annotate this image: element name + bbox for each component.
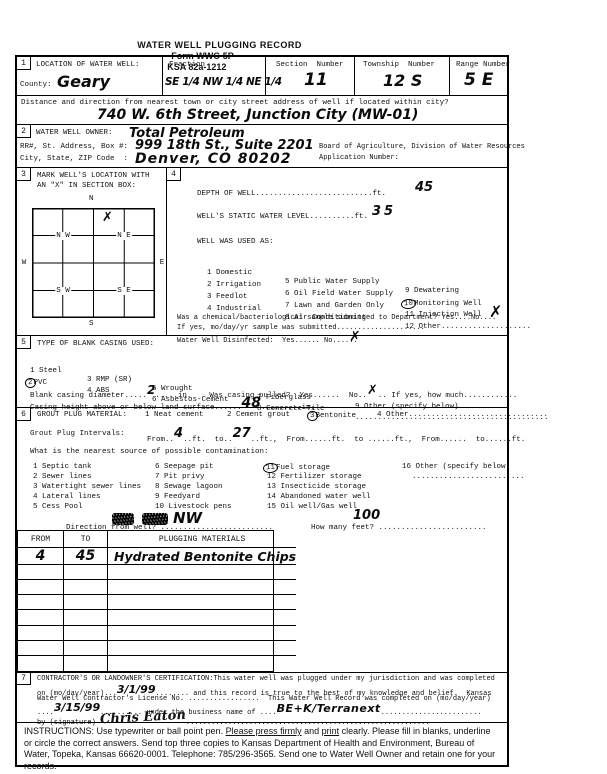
contam-feedyard: 9 Feedyard <box>155 493 200 501</box>
section4-well-info: 4 DEPTH OF WELL.........................… <box>167 168 511 335</box>
agency-line1: Board of Agriculture, Division of Water … <box>319 143 525 151</box>
table-header-materials: PLUGGING MATERIALS <box>108 531 296 548</box>
distance-label: Distance and direction from nearest town… <box>21 99 449 107</box>
table-row-from <box>18 595 64 610</box>
instructions-underline-2: print <box>322 726 340 736</box>
distance-value: 740 W. 6th Street, Junction City (MW-01) <box>97 107 418 123</box>
section-number-cell: Section Number 11 <box>265 57 354 95</box>
table-row-materials <box>108 641 296 656</box>
certification-line3: Water Well Contractor's License No. ....… <box>37 695 491 703</box>
page-title: WATER WELL PLUGGING RECORD <box>137 40 302 50</box>
section1-location-row: 1 LOCATION OF WATER WELL: County: Geary … <box>17 57 507 95</box>
grid-west-label: W <box>21 259 28 267</box>
range-number-value: 5 E <box>464 70 493 90</box>
owner-city-label: City, State, ZIP Code : <box>20 155 128 163</box>
section5-number: 5 <box>17 336 31 349</box>
section5-casing: 5 TYPE OF BLANK CASING USED: 1 Steel 3 R… <box>17 335 507 407</box>
section5-heading: TYPE OF BLANK CASING USED: <box>37 340 154 348</box>
section-number-value: 11 <box>304 70 328 90</box>
grid-nw-label: N W <box>55 232 71 240</box>
contam-lateral-lines: 4 Lateral lines <box>33 493 101 501</box>
fraction-cell: Fraction SE 1/4 NW 1/4 NE 1/4 <box>162 57 265 95</box>
grout-neat-cement: 1 Neat cement <box>145 411 204 419</box>
section-grid-lines <box>32 208 155 318</box>
owner-address-label: RR#, St. Address, Box #: <box>20 143 128 151</box>
grid-se-label: S E <box>116 287 132 295</box>
table-row-from <box>18 641 64 656</box>
table-row-materials <box>108 626 296 641</box>
section2-number: 2 <box>17 125 31 138</box>
section6-grout: 6 GROUT PLUG MATERIAL: 1 Neat cement 2 C… <box>17 407 507 530</box>
sample-date-label: If yes, mo/day/yr sample was submitted..… <box>177 324 425 332</box>
contam-other-dots: ......................... <box>412 473 525 481</box>
county-label: County: <box>20 81 52 89</box>
agency-line2-application-number: Application Number: <box>319 154 399 162</box>
grout-other: 4 Other............................... <box>377 411 548 419</box>
instructions-text: INSTRUCTIONS: Use typewriter or ball poi… <box>24 726 495 771</box>
contam-insecticide-storage: 13 Insecticide storage <box>267 483 366 491</box>
instructions-underline-1: Please press firmly <box>226 726 302 736</box>
section3-location-box: 3 MARK WELL'S LOCATION WITH AN "X" IN SE… <box>17 168 167 335</box>
section3-heading-line2: AN "X" IN SECTION BOX: <box>37 182 136 190</box>
table-row-to: 45 <box>64 548 108 565</box>
section3-heading-line1: MARK WELL'S LOCATION WITH <box>37 172 150 180</box>
interval-to-value: 27 <box>233 426 251 441</box>
contam-sewage-lagoon: 8 Sewage lagoon <box>155 483 223 491</box>
section7-number: 7 <box>17 673 31 685</box>
casing-pulled-no-x-mark: ✗ <box>367 383 378 398</box>
contam-other: 16 Other (specify below) <box>402 463 510 471</box>
grid-east-label: E <box>159 259 166 267</box>
table-row-materials <box>108 656 296 671</box>
table-row-from <box>18 565 64 580</box>
table-row-materials <box>108 580 296 595</box>
form-body: 1 LOCATION OF WATER WELL: County: Geary … <box>15 55 509 767</box>
section-number-label: Section Number <box>276 61 344 69</box>
contamination-question: What is the nearest source of possible c… <box>30 448 269 456</box>
table-row-from <box>18 610 64 625</box>
grout-bentonite: 3Bentonite <box>309 411 356 421</box>
scribbled-out-direction-1 <box>112 513 134 525</box>
range-number-label: Range Number <box>456 61 510 69</box>
table-row-to <box>64 565 108 580</box>
casing-diameter-value: 2 <box>147 383 155 397</box>
table-row-materials <box>108 565 296 580</box>
range-number-cell: Range Number 5 E <box>449 57 511 95</box>
township-number-cell: Township Number 12 S <box>354 57 449 95</box>
owner-label: WATER WELL OWNER: <box>36 129 113 137</box>
section1-number: 1 <box>17 57 31 70</box>
feet-line: How many feet? ........................ … <box>275 516 487 548</box>
contam-watertight-sewer: 3 Watertight sewer lines <box>33 483 141 491</box>
plugging-materials-table: FROM TO PLUGGING MATERIALS 4 45 Hydrated… <box>17 530 274 672</box>
depth-of-well-value: 45 <box>415 180 433 195</box>
contam-cess-pool: 5 Cess Pool <box>33 503 83 511</box>
section2-owner: 2 WATER WELL OWNER: Total Petroleum RR#,… <box>17 124 507 167</box>
grout-intervals-label: Grout Plug Intervals: <box>30 430 125 438</box>
well-location-x-mark: ✗ <box>102 210 113 225</box>
table-row-to <box>64 610 108 625</box>
county-cell: 1 LOCATION OF WATER WELL: County: Geary <box>17 57 162 95</box>
grout-intervals-line: From..4..ft. to..27..ft., From......ft. … <box>147 430 525 445</box>
section4-number: 4 <box>167 168 181 181</box>
table-row-materials <box>108 610 296 625</box>
interval-from-value: 4 <box>174 426 183 441</box>
contam-oil-gas-well: 15 Oil well/Gas well <box>267 503 357 511</box>
contam-septic-tank: 1 Septic tank <box>33 463 92 471</box>
grid-sw-label: S W <box>55 287 71 295</box>
table-row-from <box>18 626 64 641</box>
contam-fertilizer-storage: 12 Fertilizer storage <box>267 473 362 481</box>
section-grid: N W N E S W S E W E ✗ <box>32 208 155 318</box>
table-row-to <box>64 656 108 671</box>
grid-south-label: S <box>89 320 94 328</box>
sample-question-label: Was a chemical/bacteriological sample su… <box>177 314 496 322</box>
township-number-value: 12 S <box>383 71 422 90</box>
static-water-level-label: WELL'S STATIC WATER LEVEL..........ft. <box>197 213 368 221</box>
section6-number: 6 <box>17 408 31 421</box>
township-number-label: Township Number <box>363 61 435 69</box>
table-row-materials <box>108 595 296 610</box>
contam-fuel-storage: 11Fuel storage <box>265 463 330 473</box>
scribbled-out-direction-2 <box>142 513 168 525</box>
table-header-from: FROM <box>18 531 64 548</box>
contam-abandoned-well: 14 Abandoned water well <box>267 493 371 501</box>
table-row-materials: Hydrated Bentonite Chips <box>108 548 296 565</box>
contam-seepage-pit: 6 Seepage pit <box>155 463 214 471</box>
contam-pit-privy: 7 Pit privy <box>155 473 205 481</box>
contam-sewer-lines: 2 Sewer lines <box>33 473 92 481</box>
table-header-to: TO <box>64 531 108 548</box>
well-used-as-heading: WELL WAS USED AS: <box>197 238 274 246</box>
grid-ne-label: N E <box>116 232 132 240</box>
section1-heading: LOCATION OF WATER WELL: <box>36 61 140 69</box>
section3-number: 3 <box>17 168 31 181</box>
scanned-form-page: WATER WELL PLUGGING RECORD Form WWC-5P K… <box>0 0 607 774</box>
depth-of-well-label: DEPTH OF WELL..........................f… <box>197 190 386 198</box>
county-value: Geary <box>57 72 110 91</box>
use-industrial: 4 Industrial <box>207 305 261 313</box>
table-row-to <box>64 641 108 656</box>
direction-value: NW <box>173 509 202 527</box>
table-row-to <box>64 580 108 595</box>
table-row-from <box>18 656 64 671</box>
section7-certification: 7 CONTRACTOR'S OR LANDOWNER'S CERTIFICAT… <box>17 672 507 722</box>
table-row-from <box>18 580 64 595</box>
feet-value: 100 <box>353 508 380 523</box>
grid-north-label: N <box>89 195 94 203</box>
certification-line1: CONTRACTOR'S OR LANDOWNER'S CERTIFICATIO… <box>37 675 495 683</box>
grout-cement-grout: 2 Cement grout <box>227 411 290 419</box>
instructions-box: INSTRUCTIONS: Use typewriter or ball poi… <box>17 722 507 769</box>
owner-city-value: Denver, CO 80202 <box>135 151 292 167</box>
table-row-from: 4 <box>18 548 64 565</box>
table-row-to <box>64 595 108 610</box>
distance-row: Distance and direction from nearest town… <box>17 95 507 124</box>
static-water-level-value: 35 <box>372 204 396 219</box>
table-row-to <box>64 626 108 641</box>
fraction-label: Fraction <box>169 61 205 69</box>
section3-4-row: 3 MARK WELL'S LOCATION WITH AN "X" IN SE… <box>17 167 507 335</box>
section6-heading: GROUT PLUG MATERIAL: <box>37 411 127 419</box>
sample-no-x-mark: ✗ <box>489 302 502 321</box>
